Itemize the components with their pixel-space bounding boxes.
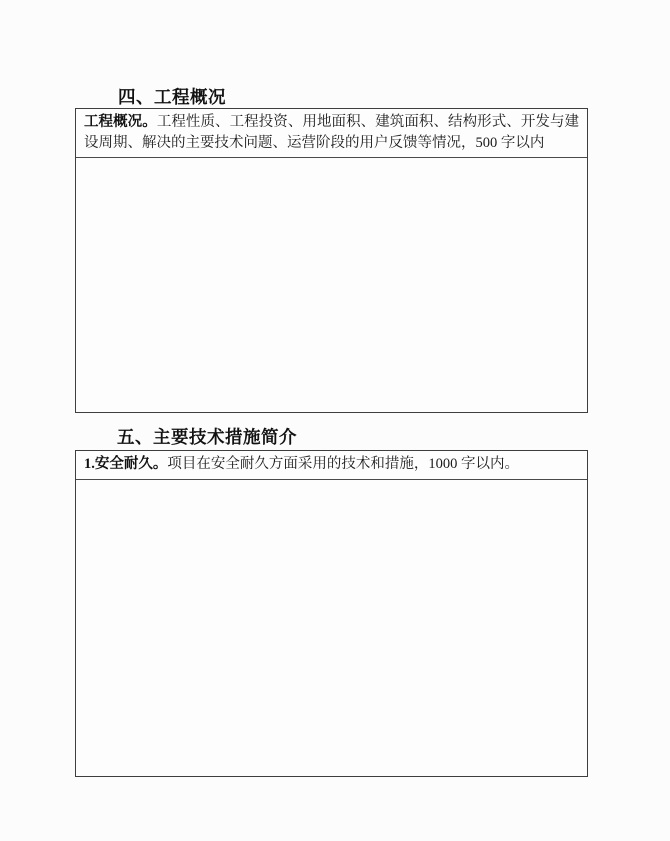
project-overview-label: 工程概况。 [84, 114, 157, 130]
project-overview-box: 工程概况。工程性质、工程投资、用地面积、建筑面积、结构形式、开发与建设周期、解决… [75, 108, 588, 413]
project-overview-input-area[interactable] [76, 158, 587, 412]
project-overview-description: 工程性质、工程投资、用地面积、建筑面积、结构形式、开发与建设周期、解决的主要技术… [84, 114, 579, 151]
safety-durability-description: 项目在安全耐久方面采用的技术和措施，1000 字以内。 [167, 456, 519, 472]
safety-durability-header: 1.安全耐久。项目在安全耐久方面采用的技术和措施，1000 字以内。 [76, 451, 587, 480]
document-page: 四、工程概况 工程概况。工程性质、工程投资、用地面积、建筑面积、结构形式、开发与… [0, 0, 670, 841]
section-4-title: 四、工程概况 [118, 84, 226, 109]
project-overview-header: 工程概况。工程性质、工程投资、用地面积、建筑面积、结构形式、开发与建设周期、解决… [76, 109, 587, 158]
section-5-title: 五、主要技术措施简介 [117, 424, 297, 449]
safety-durability-box: 1.安全耐久。项目在安全耐久方面采用的技术和措施，1000 字以内。 [75, 450, 588, 777]
safety-durability-input-area[interactable] [76, 480, 587, 777]
safety-durability-label: 1.安全耐久。 [84, 456, 167, 472]
